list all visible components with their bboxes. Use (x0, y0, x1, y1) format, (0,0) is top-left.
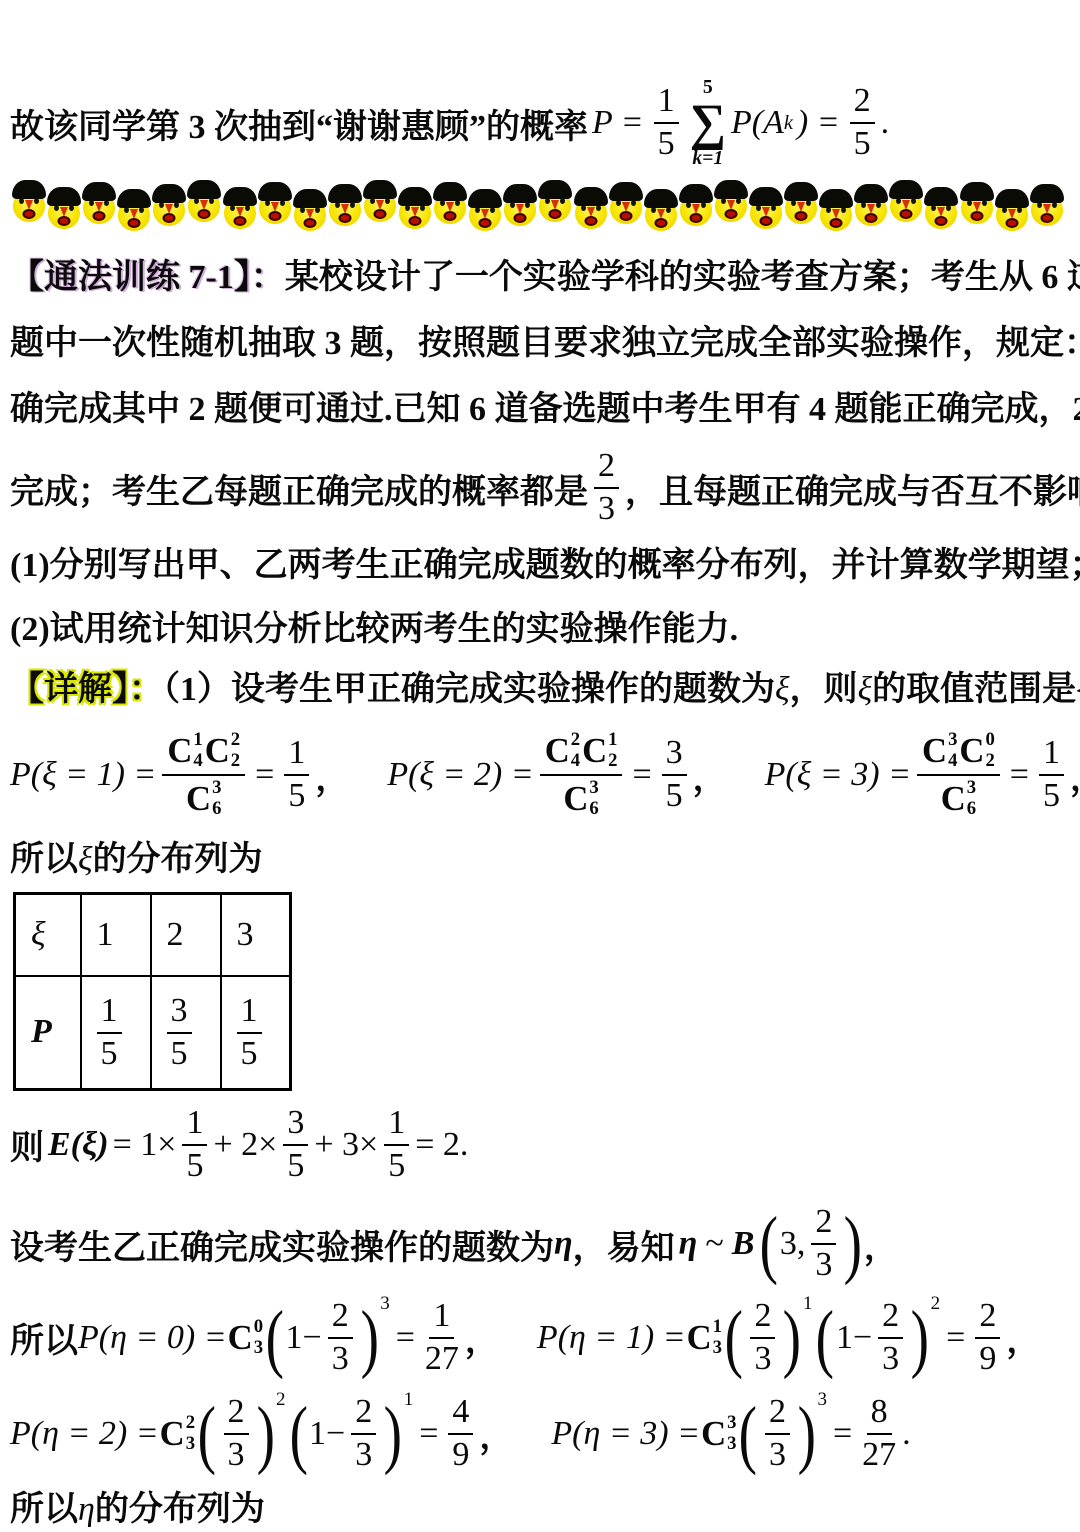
chick-mouth (444, 211, 457, 221)
comb-C42: C24 (545, 730, 580, 772)
comb-C41: C14 (167, 730, 202, 772)
peta0-result: 127 (425, 1298, 459, 1377)
chick-face-icon (223, 187, 257, 239)
question-1: (1)分别写出甲、乙两考生正确完成题数的概率分布列，并计算数学期望； (10, 544, 1066, 588)
exponent: 3 (380, 1293, 390, 1315)
comb-C63: C36 (186, 778, 221, 820)
chick-mouth (900, 209, 913, 219)
chick-mouth (689, 213, 702, 223)
chick-hair (538, 180, 572, 199)
chick-face-icon (433, 182, 467, 234)
solution-intro-c: 的取值范围是 (872, 671, 1076, 708)
table-var-p: P (31, 1013, 52, 1050)
param-p-fraction: 23 (811, 1204, 836, 1283)
chick-hair (293, 189, 327, 208)
prob-1: 15 (97, 993, 122, 1072)
equals: = (946, 1319, 965, 1357)
chick-mouth (479, 218, 492, 228)
comma: ， (479, 1409, 513, 1458)
chick-face-icon (749, 187, 783, 239)
exponent: 3 (817, 1389, 827, 1411)
chick-hair (960, 182, 994, 201)
chick-mouth (303, 218, 316, 228)
chick-hair (679, 184, 713, 203)
peta1-group2: (1−23) (814, 1298, 930, 1377)
closing-probability-line: 故该同学第 3 次抽到“谢谢惠顾”的概率 P = 15 5∑k=1 P(Ak) … (10, 70, 1066, 176)
comma: ， (465, 1313, 499, 1362)
chick-mouth (373, 209, 386, 219)
comma: ， (1006, 1313, 1040, 1362)
chick-hair (714, 180, 748, 199)
problem-line-3: 确完成其中 2 题便可通过.已知 6 道备选题中考生甲有 4 题能正确完成，2 … (10, 388, 1066, 432)
problem-line-1: 【通法训练 7-1】：某校设计了一个实验学科的实验考查方案；考生从 6 道备选 (10, 256, 1066, 300)
chick-hair (223, 187, 257, 206)
comb-C33: C33 (701, 1413, 736, 1455)
chick-hair (1030, 184, 1064, 203)
pxi3-result: 15 (1039, 735, 1064, 814)
chick-mouth (970, 211, 983, 221)
so-text: 所以 (10, 1313, 78, 1362)
peta0-group1: (1−23) (264, 1298, 380, 1377)
chick-hair (784, 182, 818, 201)
table-value-3: 3 (221, 894, 291, 976)
chick-hair (749, 187, 783, 206)
chick-face-icon (117, 189, 151, 241)
chick-mouth (58, 216, 71, 226)
peta2-group2: (1−23) (288, 1394, 404, 1473)
equals: = (255, 756, 274, 794)
comma: ， (864, 1220, 898, 1269)
comb-C63: C36 (941, 778, 976, 820)
chick-face-icon (819, 189, 853, 241)
result: = 2. (415, 1126, 468, 1164)
chick-face-icon (503, 184, 537, 236)
peta3-group1: (23) (737, 1394, 817, 1473)
chick-hair (609, 182, 643, 201)
chick-hair (187, 180, 221, 199)
pxi2-result: 35 (662, 735, 687, 814)
chick-face-icon (714, 180, 748, 232)
chick-hair (433, 182, 467, 201)
equals: = (419, 1415, 438, 1453)
xi-expectation-formula: 则 E(ξ) = 1× 15 + 2× 35 + 3× 15 = 2. (10, 1105, 1066, 1184)
pxi2-lhs: P(ξ = 2) = (387, 756, 533, 794)
chick-mouth (1005, 218, 1018, 228)
prob-3: 15 (237, 993, 262, 1072)
comb-C30: C03 (228, 1317, 263, 1359)
peta2-lhs: P(η = 2) = (10, 1415, 159, 1453)
question-2: (2)试用统计知识分析比较两考生的实验操作能力. (10, 608, 1066, 652)
peta1-group1: (23) (723, 1298, 803, 1377)
chick-face-icon (574, 187, 608, 239)
chick-mouth (23, 209, 36, 219)
problem-text-4a: 完成；考生乙每题正确完成的概率都是 (10, 464, 588, 513)
p-of-ak-close: ) = (797, 104, 840, 142)
closing-line-text: 故该同学第 3 次抽到“谢谢惠顾”的概率 (10, 99, 588, 148)
chick-face-icon (609, 182, 643, 234)
equals: = (396, 1319, 415, 1357)
chick-hair (995, 189, 1029, 208)
frac-1-5b: 15 (384, 1105, 409, 1184)
table-row-probs: P 15 35 15 (15, 976, 291, 1090)
solution-intro-b: ，则 (790, 671, 858, 708)
pxi1-fraction: C14C22 C36 (162, 730, 245, 820)
equals: = (632, 756, 651, 794)
table-value-2: 2 (151, 894, 221, 976)
xi-distribution-caption: 所以ξ的分布列为 (10, 838, 1066, 882)
comb-C63: C36 (563, 778, 598, 820)
chick-hair (503, 184, 537, 203)
xi-symbol: ξ (858, 671, 873, 708)
problem-text-1: 某校设计了一个实验学科的实验考查方案；考生从 6 道备选 (285, 259, 1080, 296)
exponent: 1 (803, 1293, 813, 1315)
comb-C32: C23 (160, 1413, 195, 1455)
equals: = (1010, 756, 1029, 794)
chick-face-icon (1030, 184, 1064, 236)
exponent: 2 (931, 1293, 941, 1315)
chick-face-icon (152, 184, 186, 236)
pxi2-fraction: C24C12 C36 (540, 730, 623, 820)
equals: = (833, 1415, 852, 1453)
p-of-ak: P(A (731, 104, 784, 142)
chick-mouth (338, 213, 351, 223)
fraction-two-thirds: 23 (594, 448, 619, 527)
chick-mouth (830, 218, 843, 228)
then-text: 则 (10, 1120, 44, 1169)
chick-face-icon (258, 182, 292, 234)
chick-hair (12, 180, 46, 199)
chick-hair (398, 187, 432, 206)
chick-mouth (795, 211, 808, 221)
chick-mouth (584, 216, 597, 226)
peta3-result: 827 (862, 1394, 896, 1473)
chick-hair (258, 182, 292, 201)
chick-face-icon (995, 189, 1029, 241)
comma: ， (315, 751, 349, 800)
chick-hair (152, 184, 186, 203)
table-var-xi: ξ (31, 916, 46, 953)
chick-mouth (163, 213, 176, 223)
chick-hair (574, 187, 608, 206)
chick-mouth (619, 211, 632, 221)
eta-probability-formulas-1: 所以 P(η = 0) = C03 (1−23)3 = 127 ， P(η = … (10, 1296, 1066, 1380)
chick-hair (117, 189, 151, 208)
decor-row (10, 178, 1066, 240)
chick-face-icon (679, 184, 713, 236)
eta-line-text-b: ，易知 (573, 1220, 675, 1269)
peta0-lhs: P(η = 0) = (78, 1319, 227, 1357)
chick-mouth (268, 211, 281, 221)
tilde: ~ (705, 1225, 723, 1263)
peta1-result: 29 (975, 1298, 1000, 1377)
term-2: + 2× (213, 1126, 277, 1164)
pxi1-result: 15 (284, 735, 309, 814)
chick-face-icon (82, 182, 116, 234)
chick-hair (889, 180, 923, 199)
chick-face-icon (924, 187, 958, 239)
chick-mouth (935, 216, 948, 226)
comb-C22: C22 (205, 730, 240, 772)
chick-mouth (409, 216, 422, 226)
eta-distribution-caption: 所以η的分布列为 (10, 1488, 1066, 1532)
chick-mouth (654, 218, 667, 228)
pxi1-lhs: P(ξ = 1) = (10, 756, 156, 794)
comb-C21: C12 (582, 730, 617, 772)
problem-line-4: 完成；考生乙每题正确完成的概率都是 23 ，且每题正确完成与否互不影响，求： (10, 438, 1066, 538)
table-value-1: 1 (81, 894, 151, 976)
comma: ， (693, 751, 727, 800)
chick-hair (363, 180, 397, 199)
period: . (881, 104, 890, 142)
chick-face-icon (468, 189, 502, 241)
param-n: 3, (780, 1225, 806, 1263)
chick-hair (644, 189, 678, 208)
comb-C20: C02 (959, 730, 994, 772)
chick-mouth (128, 218, 141, 228)
range-set: {1,2,3} (1076, 671, 1080, 708)
comb-C31: C13 (687, 1317, 722, 1359)
solution-intro-line: 【详解】：（1）设考生甲正确完成实验操作的题数为ξ，则ξ的取值范围是{1,2,3… (10, 668, 1066, 712)
frac-1-5: 15 (182, 1105, 207, 1184)
chick-face-icon (398, 187, 432, 239)
fraction-one-fifth: 15 (654, 83, 679, 162)
b-symbol: B (732, 1225, 755, 1263)
binomial-params: ( 3, 23 ) (758, 1204, 863, 1283)
eta-symbol: η (78, 1491, 95, 1528)
chick-face-icon (47, 187, 81, 239)
chick-face-icon (889, 180, 923, 232)
chick-face-icon (187, 180, 221, 232)
chick-face-icon (644, 189, 678, 241)
eta-symbol: η (554, 1225, 573, 1263)
solution-tag: 【详解】： (10, 671, 163, 708)
peta3-lhs: P(η = 3) = (551, 1415, 700, 1453)
chick-hair (854, 184, 888, 203)
peta2-result: 49 (448, 1394, 473, 1473)
pxi3-lhs: P(ξ = 3) = (765, 756, 911, 794)
chick-face-icon (12, 180, 46, 232)
exponent: 2 (276, 1389, 286, 1411)
chick-hair (328, 184, 362, 203)
peta1-lhs: P(η = 1) = (537, 1319, 686, 1357)
pxi3-fraction: C34C02 C36 (917, 730, 1000, 820)
period: . (902, 1415, 911, 1453)
peta2-group1: (23) (196, 1394, 276, 1473)
eta-symbol: η (679, 1225, 698, 1263)
document-page: 故该同学第 3 次抽到“谢谢惠顾”的概率 P = 15 5∑k=1 P(Ak) … (0, 0, 1080, 1532)
xi-symbol: ξ (775, 671, 790, 708)
chick-hair (82, 182, 116, 201)
chick-face-icon (328, 184, 362, 236)
xi-probability-formulas: P(ξ = 1) = C14C22 C36 = 15 ， P(ξ = 2) = … (10, 724, 1066, 826)
chick-mouth (198, 209, 211, 219)
chick-hair (819, 189, 853, 208)
frac-3-5: 35 (283, 1105, 308, 1184)
summation-symbol: 5∑k=1 (690, 78, 726, 168)
chick-hair (47, 187, 81, 206)
prob-2: 35 (167, 993, 192, 1072)
term-1: = 1× (113, 1126, 177, 1164)
chick-face-icon (538, 180, 572, 232)
exponent: 1 (404, 1389, 414, 1411)
chick-mouth (233, 216, 246, 226)
term-3: + 3× (314, 1126, 378, 1164)
chick-mouth (759, 216, 772, 226)
solution-intro-a: （1）设考生甲正确完成实验操作的题数为 (163, 671, 775, 708)
chick-mouth (1040, 213, 1053, 223)
chick-mouth (549, 209, 562, 219)
chick-mouth (514, 213, 527, 223)
xi-distribution-table: ξ 1 2 3 P 15 35 15 (13, 892, 292, 1091)
chick-mouth (724, 209, 737, 219)
problem-line-2: 题中一次性随机抽取 3 题，按照题目要求独立完成全部实验操作，规定：至少正 (10, 322, 1066, 366)
chick-face-icon (293, 189, 327, 241)
chick-face-icon (784, 182, 818, 234)
chick-hair (468, 189, 502, 208)
chick-mouth (93, 211, 106, 221)
subscript-k: k (784, 112, 793, 135)
chick-face-icon (363, 180, 397, 232)
training-tag: 【通法训练 7-1】： (10, 259, 285, 296)
problem-text-4b: ，且每题正确完成与否互不影响，求： (625, 464, 1080, 513)
p-equals: P = (592, 104, 644, 142)
comb-C43: C34 (922, 730, 957, 772)
eta-line-text-a: 设考生乙正确完成实验操作的题数为 (10, 1220, 554, 1269)
fraction-two-fifths: 25 (850, 83, 875, 162)
xi-symbol: ξ (78, 841, 93, 878)
chick-mouth (865, 213, 878, 223)
eta-probability-formulas-2: P(η = 2) = C23 (23)2 (1−23)1 = 49 ， P(η … (10, 1392, 1066, 1476)
chick-face-icon (960, 182, 994, 234)
e-of-xi: E(ξ) (48, 1126, 109, 1164)
comma: ， (1070, 751, 1080, 800)
chick-hair (924, 187, 958, 206)
eta-binomial-line: 设考生乙正确完成实验操作的题数为 η ，易知 η ~ B ( 3, 23 ) ， (10, 1204, 1066, 1283)
table-row-values: ξ 1 2 3 (15, 894, 291, 976)
chick-face-icon (854, 184, 888, 236)
